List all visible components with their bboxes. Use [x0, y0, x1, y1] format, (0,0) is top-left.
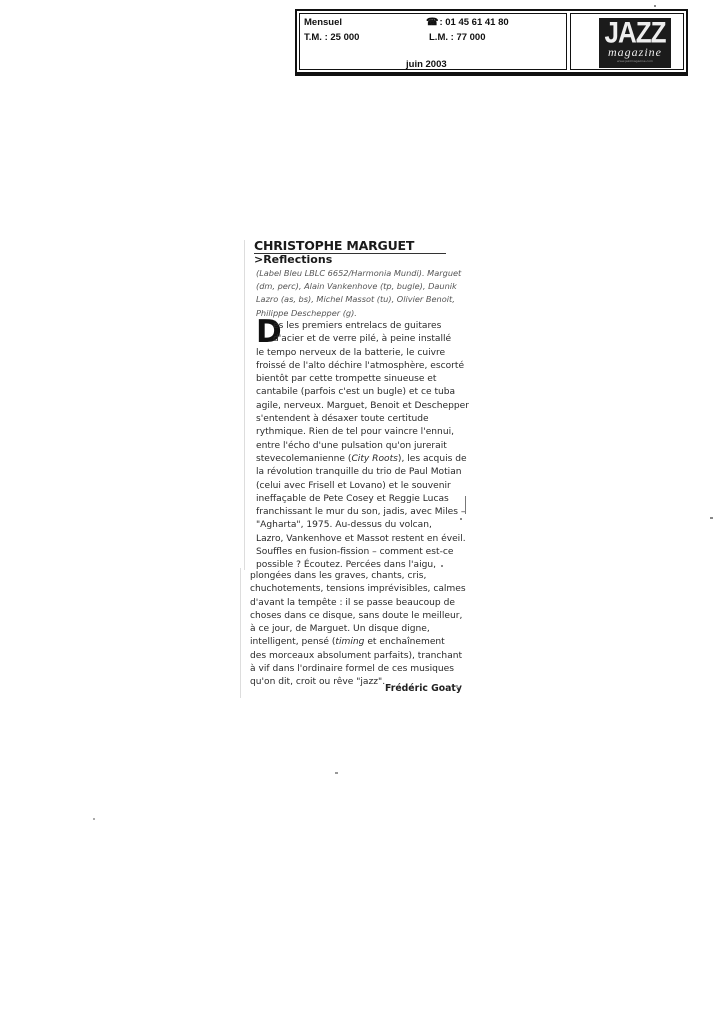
- album-title: >Reflections: [254, 253, 332, 266]
- logo-cell: JAZZ magazine www.jazzmagazine.com: [570, 13, 684, 70]
- column-rule-bottom: [240, 568, 241, 698]
- article-title: CHRISTOPHE MARGUET: [254, 238, 414, 253]
- periodicity: Mensuel: [304, 17, 342, 28]
- scan-speck: [335, 772, 338, 774]
- scan-speck: [460, 518, 462, 520]
- body-line: stevecolemanienne (City Roots), les acqu…: [256, 453, 471, 466]
- telephone-icon: ☎: [426, 17, 438, 28]
- body-line: intelligent, pensé (timing et enchaîneme…: [250, 636, 465, 649]
- logo-url: www.jazzmagazine.com: [599, 59, 671, 63]
- credits-line: Philippe Deschepper (g).: [256, 307, 468, 320]
- press-info-panel: Mensuel T.M. : 25 000 ☎: 01 45 61 41 80 …: [299, 13, 567, 70]
- album-credits: (Label Bleu LBLC 6652/Harmonia Mundi). M…: [256, 267, 468, 320]
- body-line: bientôt par cette trompette sinueuse et: [256, 373, 471, 386]
- body-line: (celui avec Frisell et Lovano) et le sou…: [256, 480, 471, 493]
- emphasis-term: timing: [335, 637, 364, 647]
- scan-mark: [465, 496, 466, 514]
- column-rule-top: [244, 240, 245, 570]
- body-line: à vif dans l'ordinaire formel de ces mus…: [250, 663, 465, 676]
- credits-line: (Label Bleu LBLC 6652/Harmonia Mundi). M…: [256, 267, 468, 280]
- jazz-magazine-logo: JAZZ magazine www.jazzmagazine.com: [599, 18, 671, 68]
- body-line: entre l'écho d'une pulsation qu'on jurer…: [256, 440, 471, 453]
- readership-lm: L.M. : 77 000: [429, 32, 486, 43]
- scan-speck: [441, 565, 443, 567]
- body-line: s'entendent à désaxer toute certitude: [256, 413, 471, 426]
- text-run: et enchaînement: [364, 637, 444, 647]
- phone-number: : 01 45 61 41 80: [439, 17, 508, 28]
- body-line: franchissant le mur du son, jadis, avec …: [256, 506, 471, 519]
- body-line: d'avant la tempête : il se passe beaucou…: [250, 597, 465, 610]
- logo-title: JAZZ: [599, 18, 671, 46]
- scan-speck: [456, 686, 458, 688]
- credits-line: (dm, perc), Alain Vankenhove (tp, bugle)…: [256, 280, 468, 293]
- body-line: froissé de l'alto déchire l'atmosphère, …: [256, 360, 471, 373]
- body-line: ès les premiers entrelacs de guitares: [256, 320, 471, 333]
- body-line: choses dans ce disque, sans doute le mei…: [250, 610, 465, 623]
- body-line: des morceaux absolument parfaits), tranc…: [250, 650, 465, 663]
- review-body-column-2: plongées dans les graves, chants, cris, …: [250, 570, 465, 690]
- body-line: rythmique. Rien de tel pour vaincre l'en…: [256, 426, 471, 439]
- text-run: ), les acquis de: [398, 454, 467, 464]
- body-line: cantabile (parfois c'est un bugle) et ce…: [256, 386, 471, 399]
- scan-speck: [710, 517, 713, 519]
- body-line: le tempo nerveux de la batterie, le cuiv…: [256, 347, 471, 360]
- body-line: la révolution tranquille du trio de Paul…: [256, 466, 471, 479]
- review-body-column-1: ès les premiers entrelacs de guitares d'…: [256, 320, 471, 573]
- body-line: agile, nerveux. Marguet, Benoit et Desch…: [256, 400, 471, 413]
- credits-line: Lazro (as, bs), Michel Massot (tu), Oliv…: [256, 293, 468, 306]
- album-track-title: City Roots: [351, 454, 397, 464]
- body-line: Souffles en fusion-fission – comment est…: [256, 546, 471, 559]
- press-header-box: Mensuel T.M. : 25 000 ☎: 01 45 61 41 80 …: [295, 9, 688, 76]
- scan-speck: [93, 818, 95, 820]
- text-run: intelligent, pensé (: [250, 637, 335, 647]
- text-run: stevecolemanienne (: [256, 454, 351, 464]
- body-line: d'acier et de verre pilé, à peine instal…: [256, 333, 471, 346]
- circulation-tm: T.M. : 25 000: [304, 32, 359, 43]
- issue-date: juin 2003: [406, 59, 447, 70]
- body-line: ineffaçable de Pete Cosey et Reggie Luca…: [256, 493, 471, 506]
- scan-speck: [654, 5, 656, 7]
- body-line: chuchotements, tensions imprévisibles, c…: [250, 583, 465, 596]
- author-signature: Frédéric Goaty: [385, 683, 462, 694]
- body-line: plongées dans les graves, chants, cris,: [250, 570, 465, 583]
- body-line: à ce jour, de Marguet. Un disque digne,: [250, 623, 465, 636]
- body-line: Lazro, Vankenhove et Massot restent en é…: [256, 533, 471, 546]
- phone-line: ☎: 01 45 61 41 80: [426, 17, 509, 28]
- body-line: "Agharta", 1975. Au-dessus du volcan,: [256, 519, 471, 532]
